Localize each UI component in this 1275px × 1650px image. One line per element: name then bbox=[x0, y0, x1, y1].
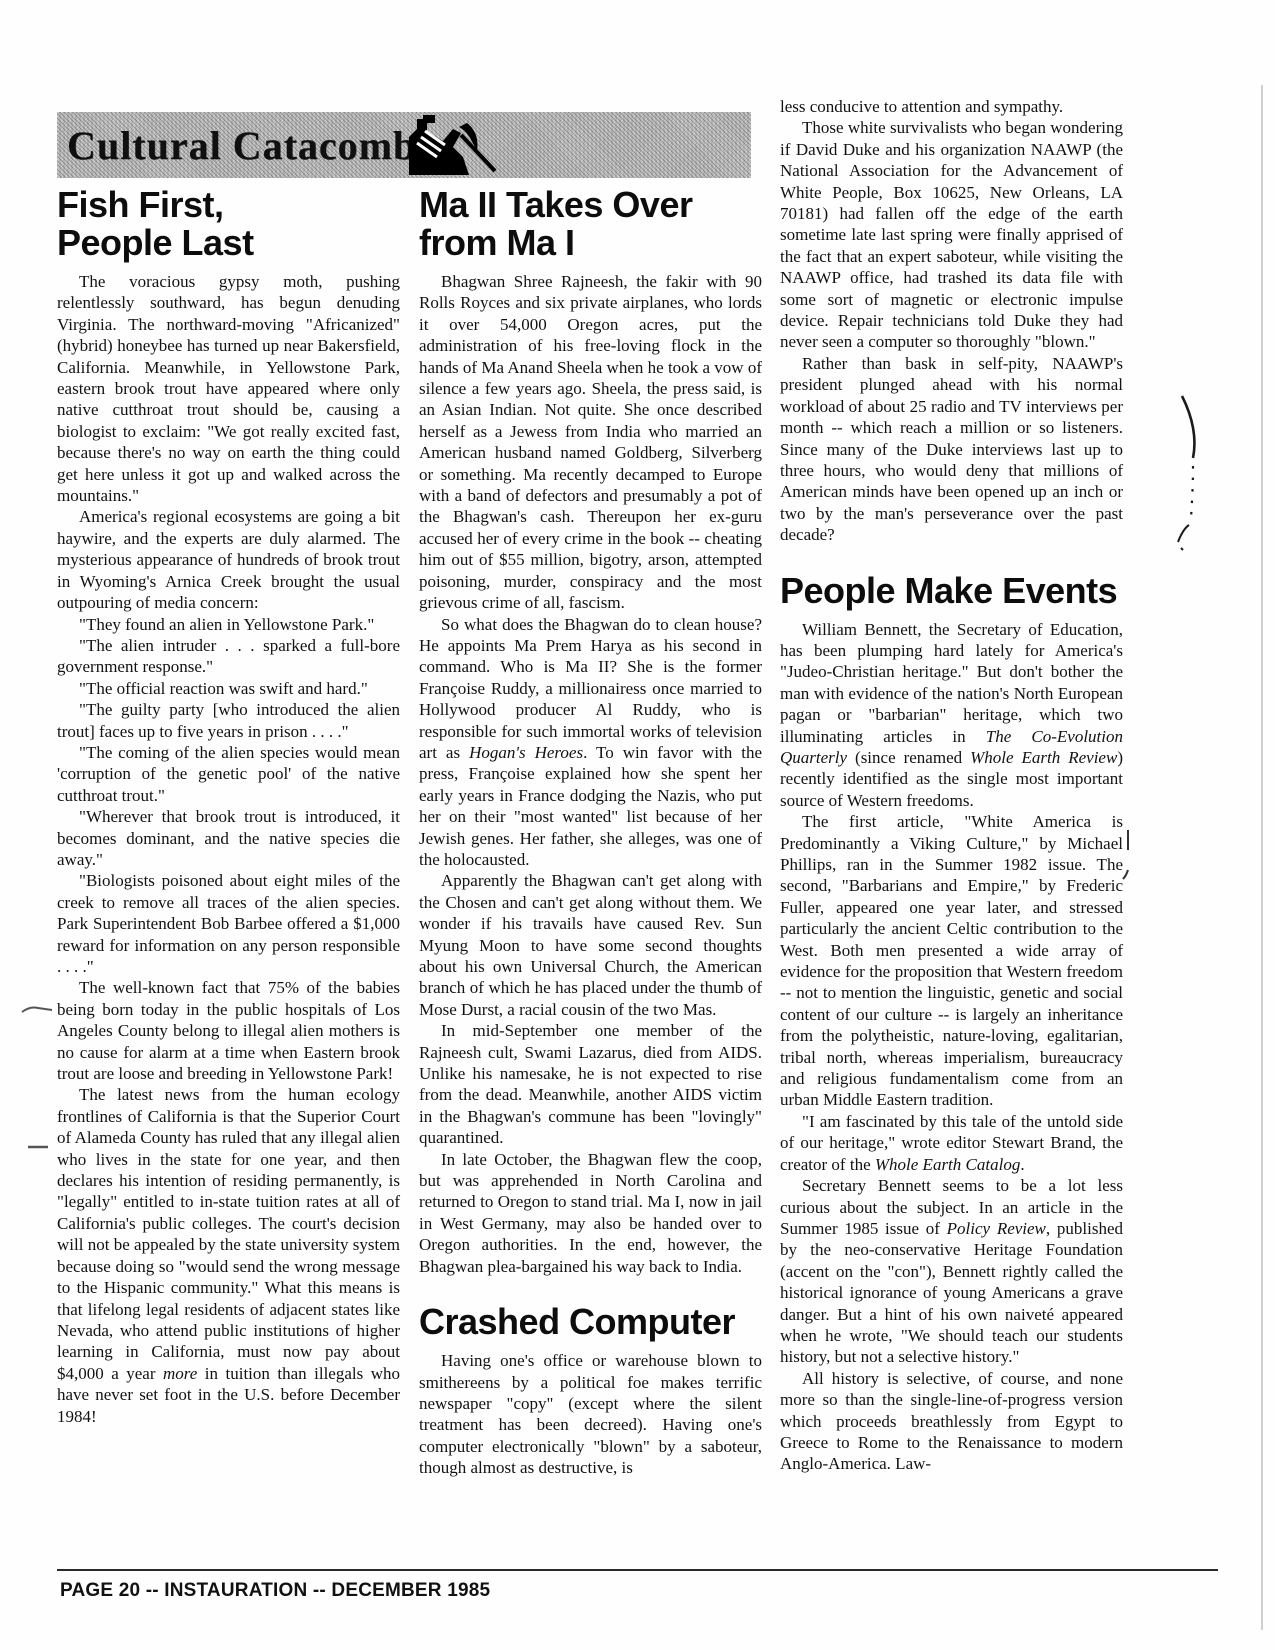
paragraph: In mid-September one member of the Rajne… bbox=[419, 1020, 762, 1148]
article-crashed-computer-continued: less conducive to attention and sympathy… bbox=[780, 96, 1123, 546]
paragraph: "The coming of the alien species would m… bbox=[57, 742, 400, 806]
section-banner: Cultural Catacombs bbox=[57, 112, 751, 178]
article-people-make-events: People Make EventsWilliam Bennett, the S… bbox=[780, 572, 1123, 1475]
scan-edge-line bbox=[1261, 85, 1263, 1630]
italic-text: Whole Earth Catalog bbox=[875, 1155, 1020, 1174]
paragraph: "I am fascinated by this tale of the unt… bbox=[780, 1111, 1123, 1175]
article-headline: Ma II Takes Overfrom Ma I bbox=[419, 186, 762, 262]
footer-rule bbox=[57, 1569, 1218, 1571]
italic-text: Policy Review bbox=[947, 1219, 1046, 1238]
column-3: less conducive to attention and sympathy… bbox=[780, 96, 1123, 1475]
italic-text: more bbox=[163, 1364, 197, 1383]
article-ma-ii: Ma II Takes Overfrom Ma IBhagwan Shree R… bbox=[419, 186, 762, 1277]
paragraph: Those white survivalists who began wonde… bbox=[780, 117, 1123, 352]
paragraph: The latest news from the human ecology f… bbox=[57, 1084, 400, 1427]
paragraph: "The guilty party [who introduced the al… bbox=[57, 699, 400, 742]
magazine-page: Cultural Catacombs Fish First,People Las… bbox=[0, 0, 1275, 1650]
paragraph: So what does the Bhagwan do to clean hou… bbox=[419, 614, 762, 871]
paragraph: Rather than bask in self-pity, NAAWP's p… bbox=[780, 353, 1123, 546]
section-title: Cultural Catacombs bbox=[57, 122, 433, 169]
pen-mark-left-2 bbox=[26, 1140, 52, 1154]
paragraph: "Biologists poisoned about eight miles o… bbox=[57, 870, 400, 977]
paragraph: "The official reaction was swift and har… bbox=[57, 678, 400, 699]
paragraph: Having one's office or warehouse blown t… bbox=[419, 1350, 762, 1478]
column-1: Fish First,People LastThe voracious gyps… bbox=[57, 186, 400, 1427]
italic-text: Hogan's Heroes bbox=[469, 743, 583, 762]
paragraph: "The alien intruder . . . sparked a full… bbox=[57, 635, 400, 678]
article-crashed-computer: Crashed ComputerHaving one's office or w… bbox=[419, 1303, 762, 1478]
paragraph: William Bennett, the Secretary of Educat… bbox=[780, 619, 1123, 812]
pen-mark-left-1 bbox=[20, 1000, 56, 1020]
paragraph: less conducive to attention and sympathy… bbox=[780, 96, 1123, 117]
article-headline: Crashed Computer bbox=[419, 1303, 762, 1341]
italic-text: Whole Earth Review bbox=[970, 748, 1117, 767]
paragraph: "Wherever that brook trout is introduced… bbox=[57, 806, 400, 870]
paragraph: The first article, "White America is Pre… bbox=[780, 811, 1123, 1111]
paragraph: Bhagwan Shree Rajneesh, the fakir with 9… bbox=[419, 271, 762, 614]
page-footer: PAGE 20 -- INSTAURATION -- DECEMBER 1985 bbox=[60, 1580, 490, 1602]
paragraph: America's regional ecosystems are going … bbox=[57, 506, 400, 613]
paragraph: Secretary Bennett seems to be a lot less… bbox=[780, 1175, 1123, 1368]
pen-mark-curve bbox=[1160, 390, 1220, 570]
column-2: Ma II Takes Overfrom Ma IBhagwan Shree R… bbox=[419, 186, 762, 1479]
article-fish-first: Fish First,People LastThe voracious gyps… bbox=[57, 186, 400, 1427]
paragraph: All history is selective, of course, and… bbox=[780, 1368, 1123, 1475]
paragraph: The well-known fact that 75% of the babi… bbox=[57, 977, 400, 1084]
article-headline: Fish First,People Last bbox=[57, 186, 400, 262]
article-headline: People Make Events bbox=[780, 572, 1123, 610]
paragraph: In late October, the Bhagwan flew the co… bbox=[419, 1149, 762, 1277]
paragraph: Apparently the Bhagwan can't get along w… bbox=[419, 870, 762, 1020]
paragraph: "They found an alien in Yellowstone Park… bbox=[57, 614, 400, 635]
paragraph: The voracious gypsy moth, pushing relent… bbox=[57, 271, 400, 506]
catacombs-icon bbox=[403, 113, 499, 177]
